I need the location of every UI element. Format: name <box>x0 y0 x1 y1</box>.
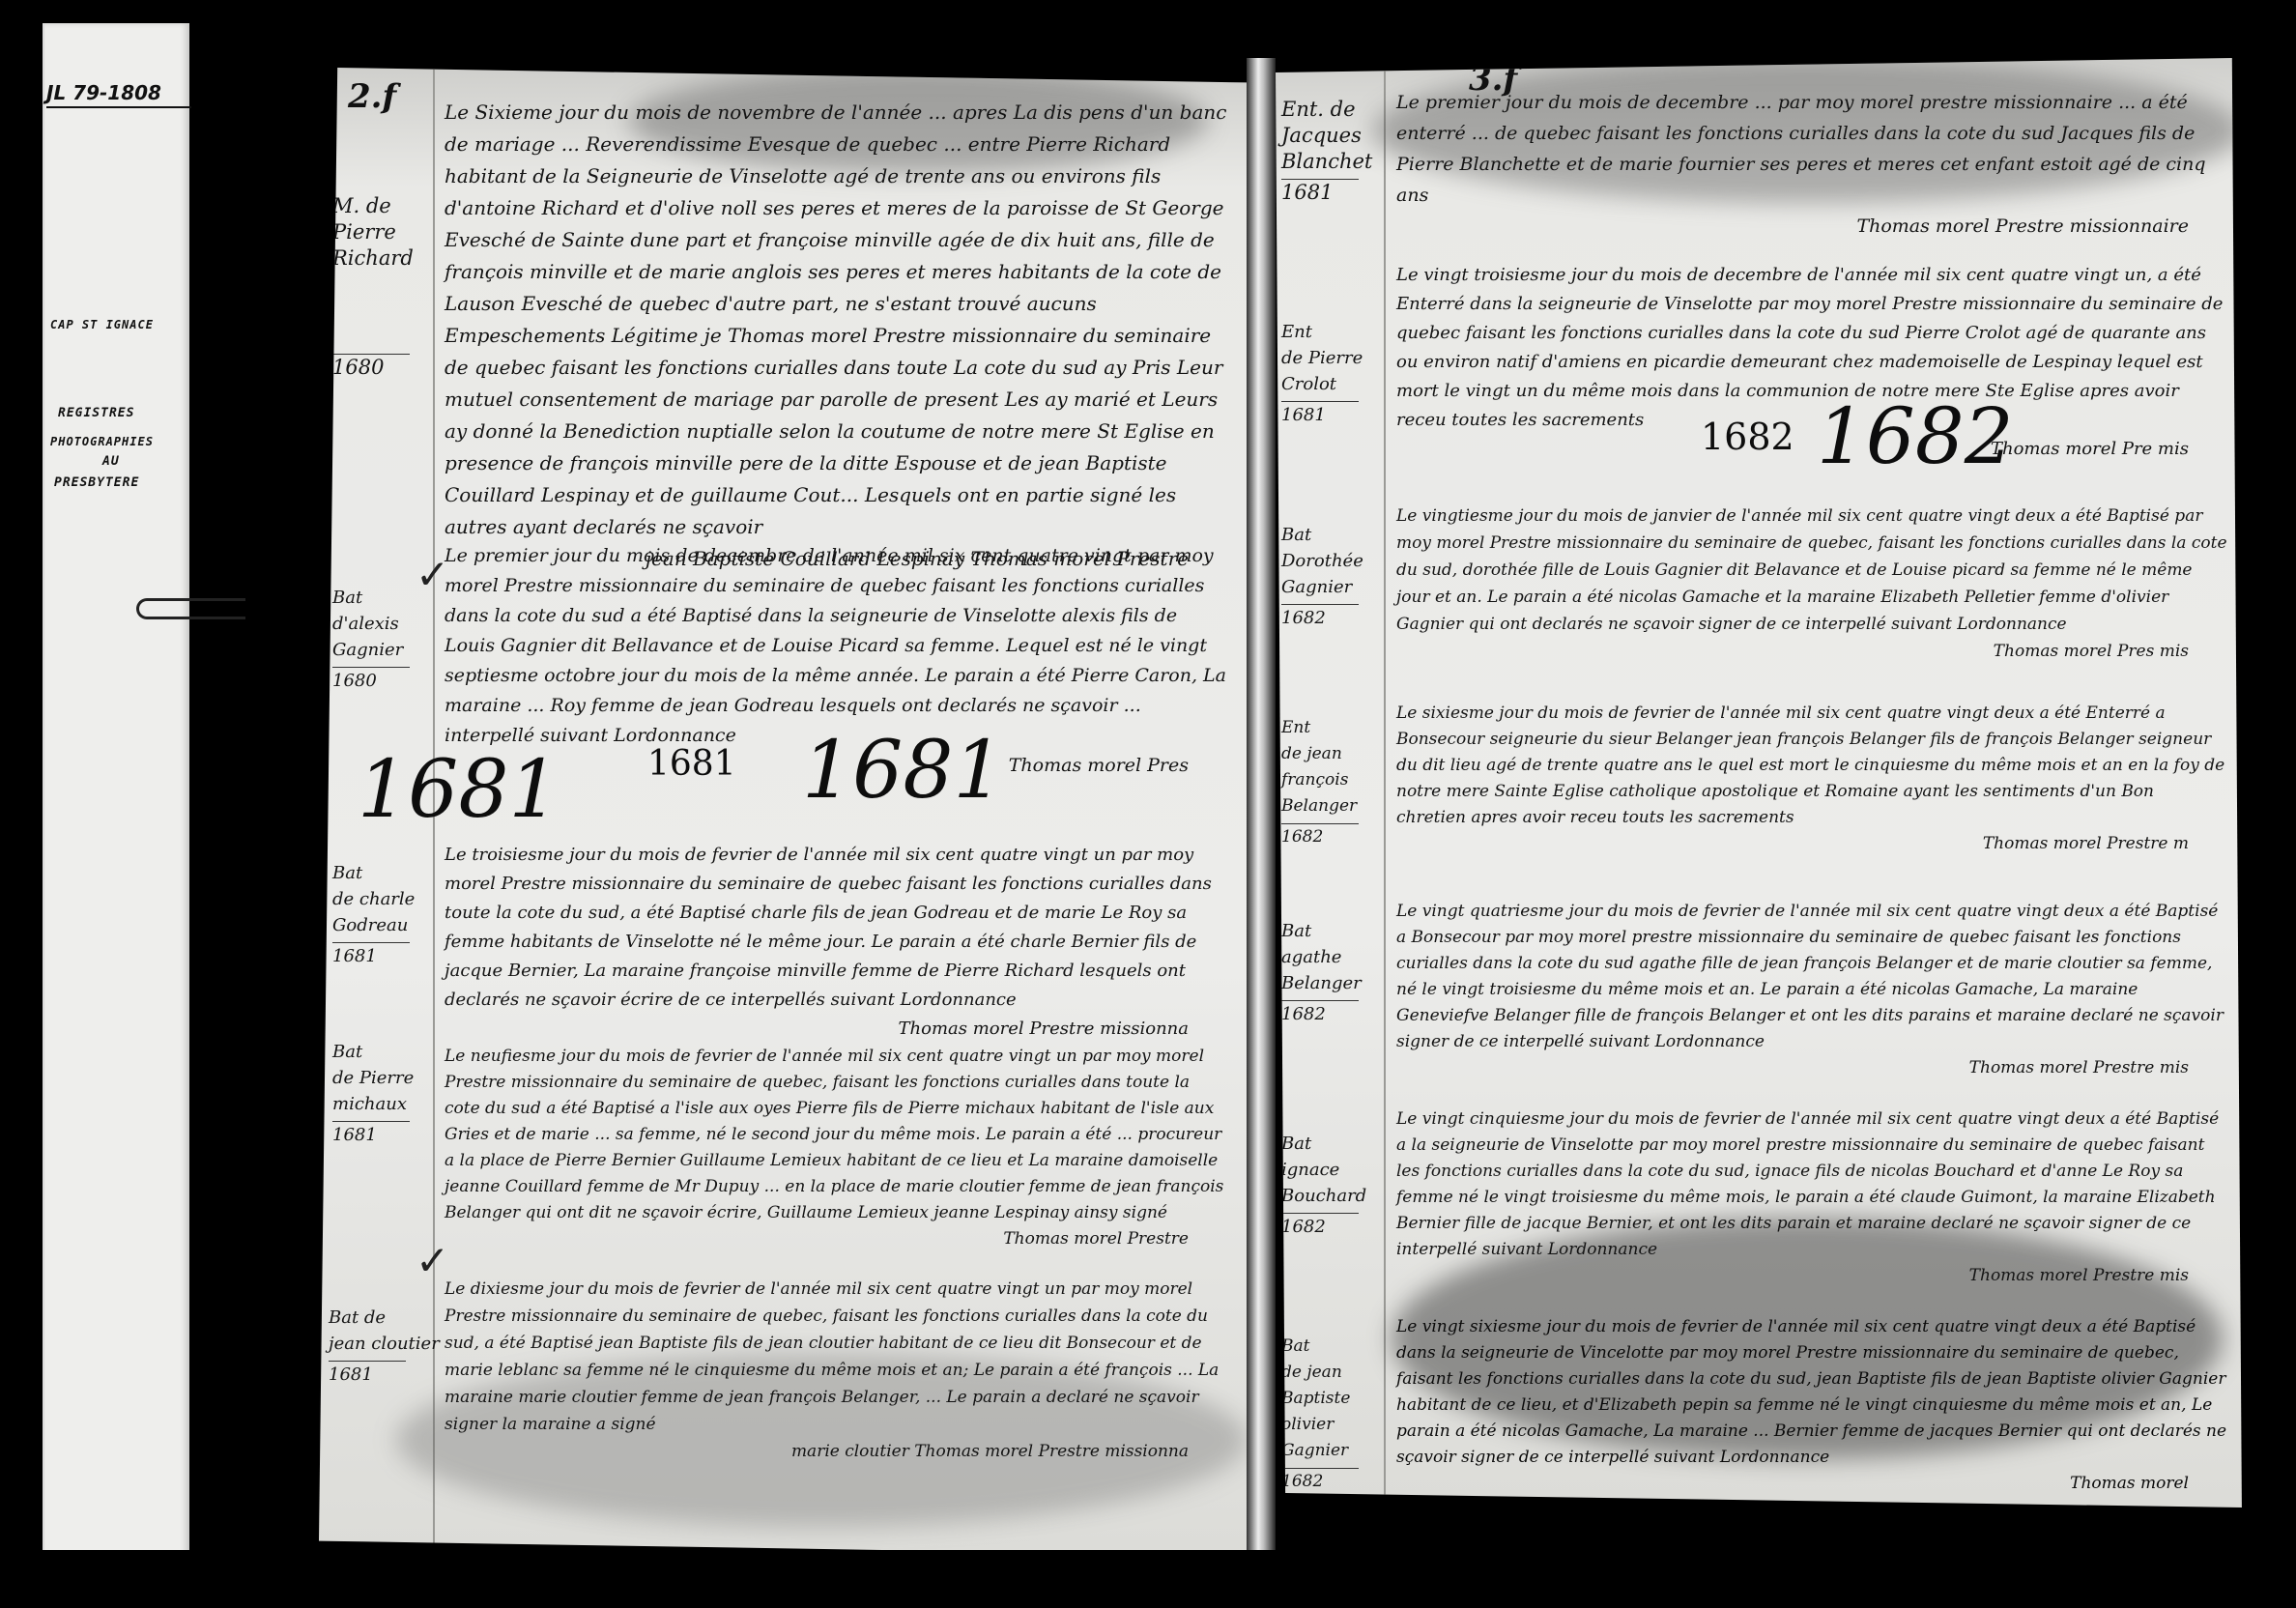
year-heading: 1681 <box>802 725 1004 817</box>
margin-note: M. de Pierre Richard 1680 <box>332 193 448 381</box>
margin-note: Bat agathe Belanger 1682 <box>1281 918 1397 1027</box>
parish-name: CAP ST IGNACE <box>50 318 154 331</box>
strip-line-registres: REGISTRES <box>58 406 134 420</box>
register-entry: Le sixiesme jour du mois de fevrier de l… <box>1396 701 2227 857</box>
register-entry: Le vingt quatriesme jour du mois de fevr… <box>1396 899 2227 1081</box>
register-entry: Le vingt sixiesme jour du mois de fevrie… <box>1396 1314 2227 1497</box>
year-heading: 1682 <box>1701 416 1794 458</box>
margin-note: Bat de charle Godreau 1681 <box>332 860 448 969</box>
register-entry: Le Sixieme jour du mois de novembre de l… <box>445 97 1227 575</box>
microfilm-label-strip: JL 79-1808 CAP ST IGNACE REGISTRES PHOTO… <box>43 23 189 1579</box>
register-entry: Le dixiesme jour du mois de fevrier de l… <box>445 1276 1227 1465</box>
film-border <box>0 1550 2296 1608</box>
margin-note: Bat de jean cloutier 1681 <box>329 1305 445 1388</box>
margin-note: Bat ignace Bouchard 1682 <box>1281 1131 1397 1240</box>
register-entry: Le neufiesme jour du mois de fevrier de … <box>445 1044 1227 1252</box>
margin-note: Ent de Pierre Crolot 1681 <box>1281 319 1397 428</box>
folio-number: 2.f <box>348 77 396 116</box>
strip-line-au: AU <box>102 454 120 469</box>
register-entry: Le vingt troisiesme jour du mois de dece… <box>1396 261 2227 464</box>
margin-note: Ent de jean françois Belanger 1682 <box>1281 715 1397 850</box>
year-heading: 1682 <box>1817 391 2014 481</box>
page-gutter <box>1247 58 1276 1575</box>
register-entry: Le vingtiesme jour du mois de janvier de… <box>1396 502 2227 665</box>
margin-note: Bat d'alexis Gagnier 1680 <box>332 585 448 694</box>
strip-line-presbytere: PRESBYTERE <box>54 475 139 490</box>
left-page: 2.f M. de Pierre Richard 1680 Bat d'alex… <box>319 68 1247 1556</box>
right-page: 3.f Ent. de Jacques Blanchet 1681 Ent de… <box>1276 58 2252 1507</box>
register-entry: Le vingt cinquiesme jour du mois de fevr… <box>1396 1106 2227 1289</box>
paperclip-icon <box>136 598 245 619</box>
margin-note: Bat de jean Baptiste olivier Gagnier 168… <box>1281 1334 1397 1495</box>
margin-note: Bat Dorothée Gagnier 1682 <box>1281 522 1397 631</box>
reel-reference: JL 79-1808 <box>46 81 191 108</box>
register-entry: Le troisiesme jour du mois de fevrier de… <box>445 841 1227 1044</box>
year-heading: 1681 <box>647 744 736 784</box>
margin-note: Ent. de Jacques Blanchet 1681 <box>1281 97 1397 206</box>
strip-line-photographies: PHOTOGRAPHIES <box>50 435 154 448</box>
year-heading: 1681 <box>358 744 560 836</box>
register-entry: Le premier jour du mois de decembre ... … <box>1396 87 2227 242</box>
margin-note: Bat de Pierre michaux 1681 <box>332 1039 448 1148</box>
